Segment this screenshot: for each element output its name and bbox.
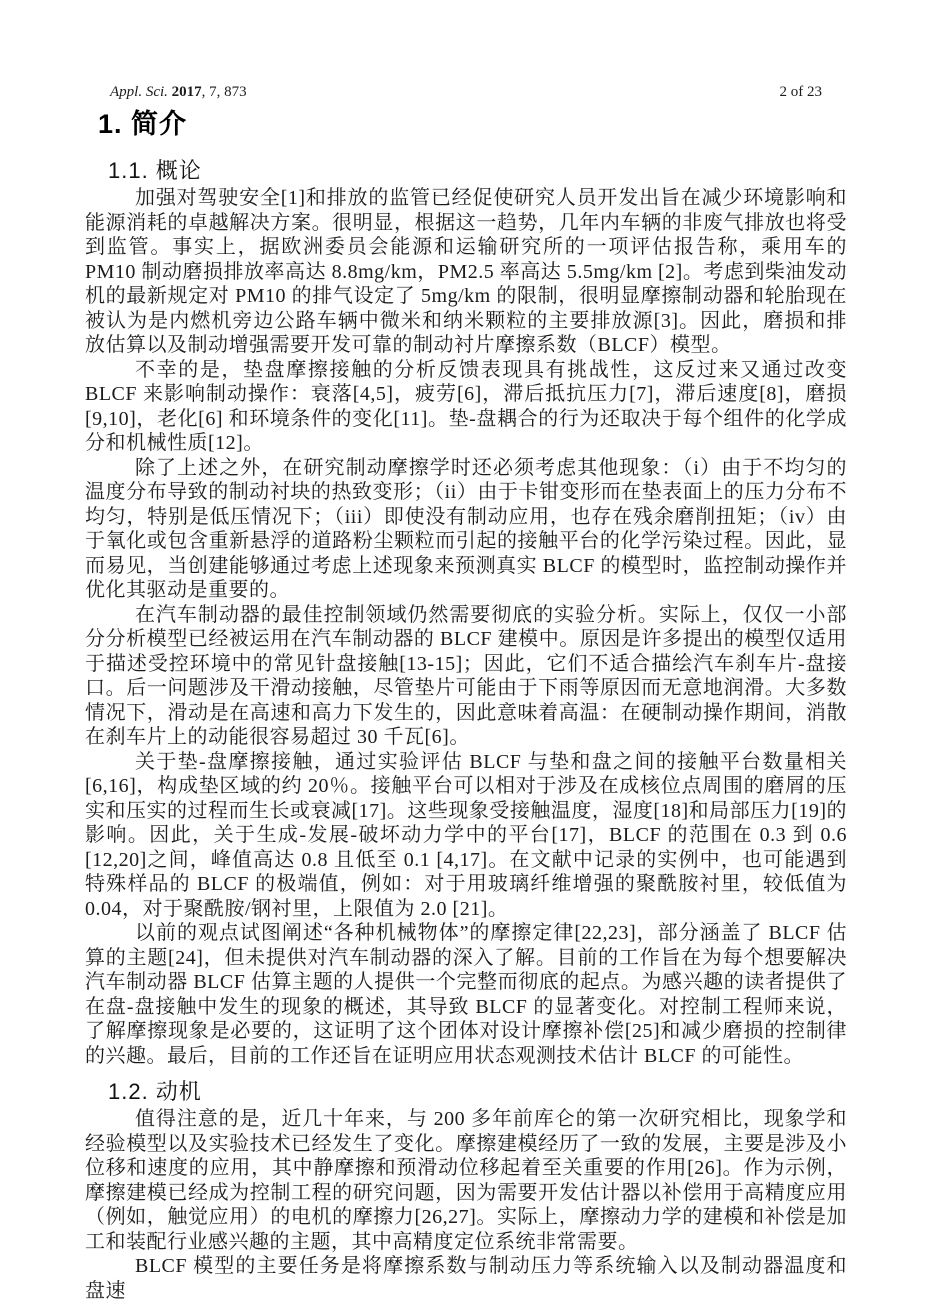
paragraph-contact-plateaus: 关于垫-盘摩擦接触，通过实验评估 BLCF 与垫和盘之间的接触平台数量相关[6,… bbox=[85, 750, 847, 922]
paragraph-regulation-emissions: 加强对驾驶安全[1]和排放的监管已经促使研究人员开发出旨在减少环境影响和能源消耗… bbox=[85, 186, 847, 358]
journal-title: Appl. Sci. bbox=[110, 84, 168, 100]
journal-reference: Appl. Sci. 2017, 7, 873 bbox=[110, 84, 247, 101]
paragraph-other-phenomena: 除了上述之外，在研究制动摩擦学时还必须考虑其他现象：（i）由于不均匀的温度分布导… bbox=[85, 456, 847, 603]
paragraph-previous-reviews: 以前的观点试图阐述“各种机械物体”的摩擦定律[22,23]，部分涵盖了 BLCF… bbox=[85, 921, 847, 1068]
section-heading-introduction: 1. 简介 bbox=[98, 107, 847, 141]
paragraph-blcf-model-task: BLCF 模型的主要任务是将摩擦系数与制动压力等系统输入以及制动器温度和盘速 bbox=[85, 1254, 847, 1303]
document-page: Appl. Sci. 2017, 7, 873 2 of 23 1. 简介 1.… bbox=[0, 0, 926, 1309]
page-number: 2 of 23 bbox=[780, 84, 823, 101]
paragraph-friction-modeling-history: 值得注意的是，近几十年来，与 200 多年前库仑的第一次研究相比，现象学和经验模… bbox=[85, 1107, 847, 1254]
running-head: Appl. Sci. 2017, 7, 873 2 of 23 bbox=[0, 0, 926, 101]
paragraph-blcf-challenges: 不幸的是，垫盘摩擦接触的分析反馈表现具有挑战性，这反过来又通过改变 BLCF 来… bbox=[85, 358, 847, 456]
journal-citation-rest: , 7, 873 bbox=[202, 84, 247, 100]
subsection-heading-motivation: 1.2. 动机 bbox=[108, 1078, 847, 1105]
subsection-heading-overview: 1.1. 概论 bbox=[108, 157, 847, 184]
document-content: 1. 简介 1.1. 概论 加强对驾驶安全[1]和排放的监管已经促使研究人员开发… bbox=[85, 107, 847, 1303]
paragraph-experimental-analysis: 在汽车制动器的最佳控制领域仍然需要彻底的实验分析。实际上，仅仅一小部分分析模型已… bbox=[85, 603, 847, 750]
journal-volume-year: 2017 bbox=[172, 84, 202, 100]
